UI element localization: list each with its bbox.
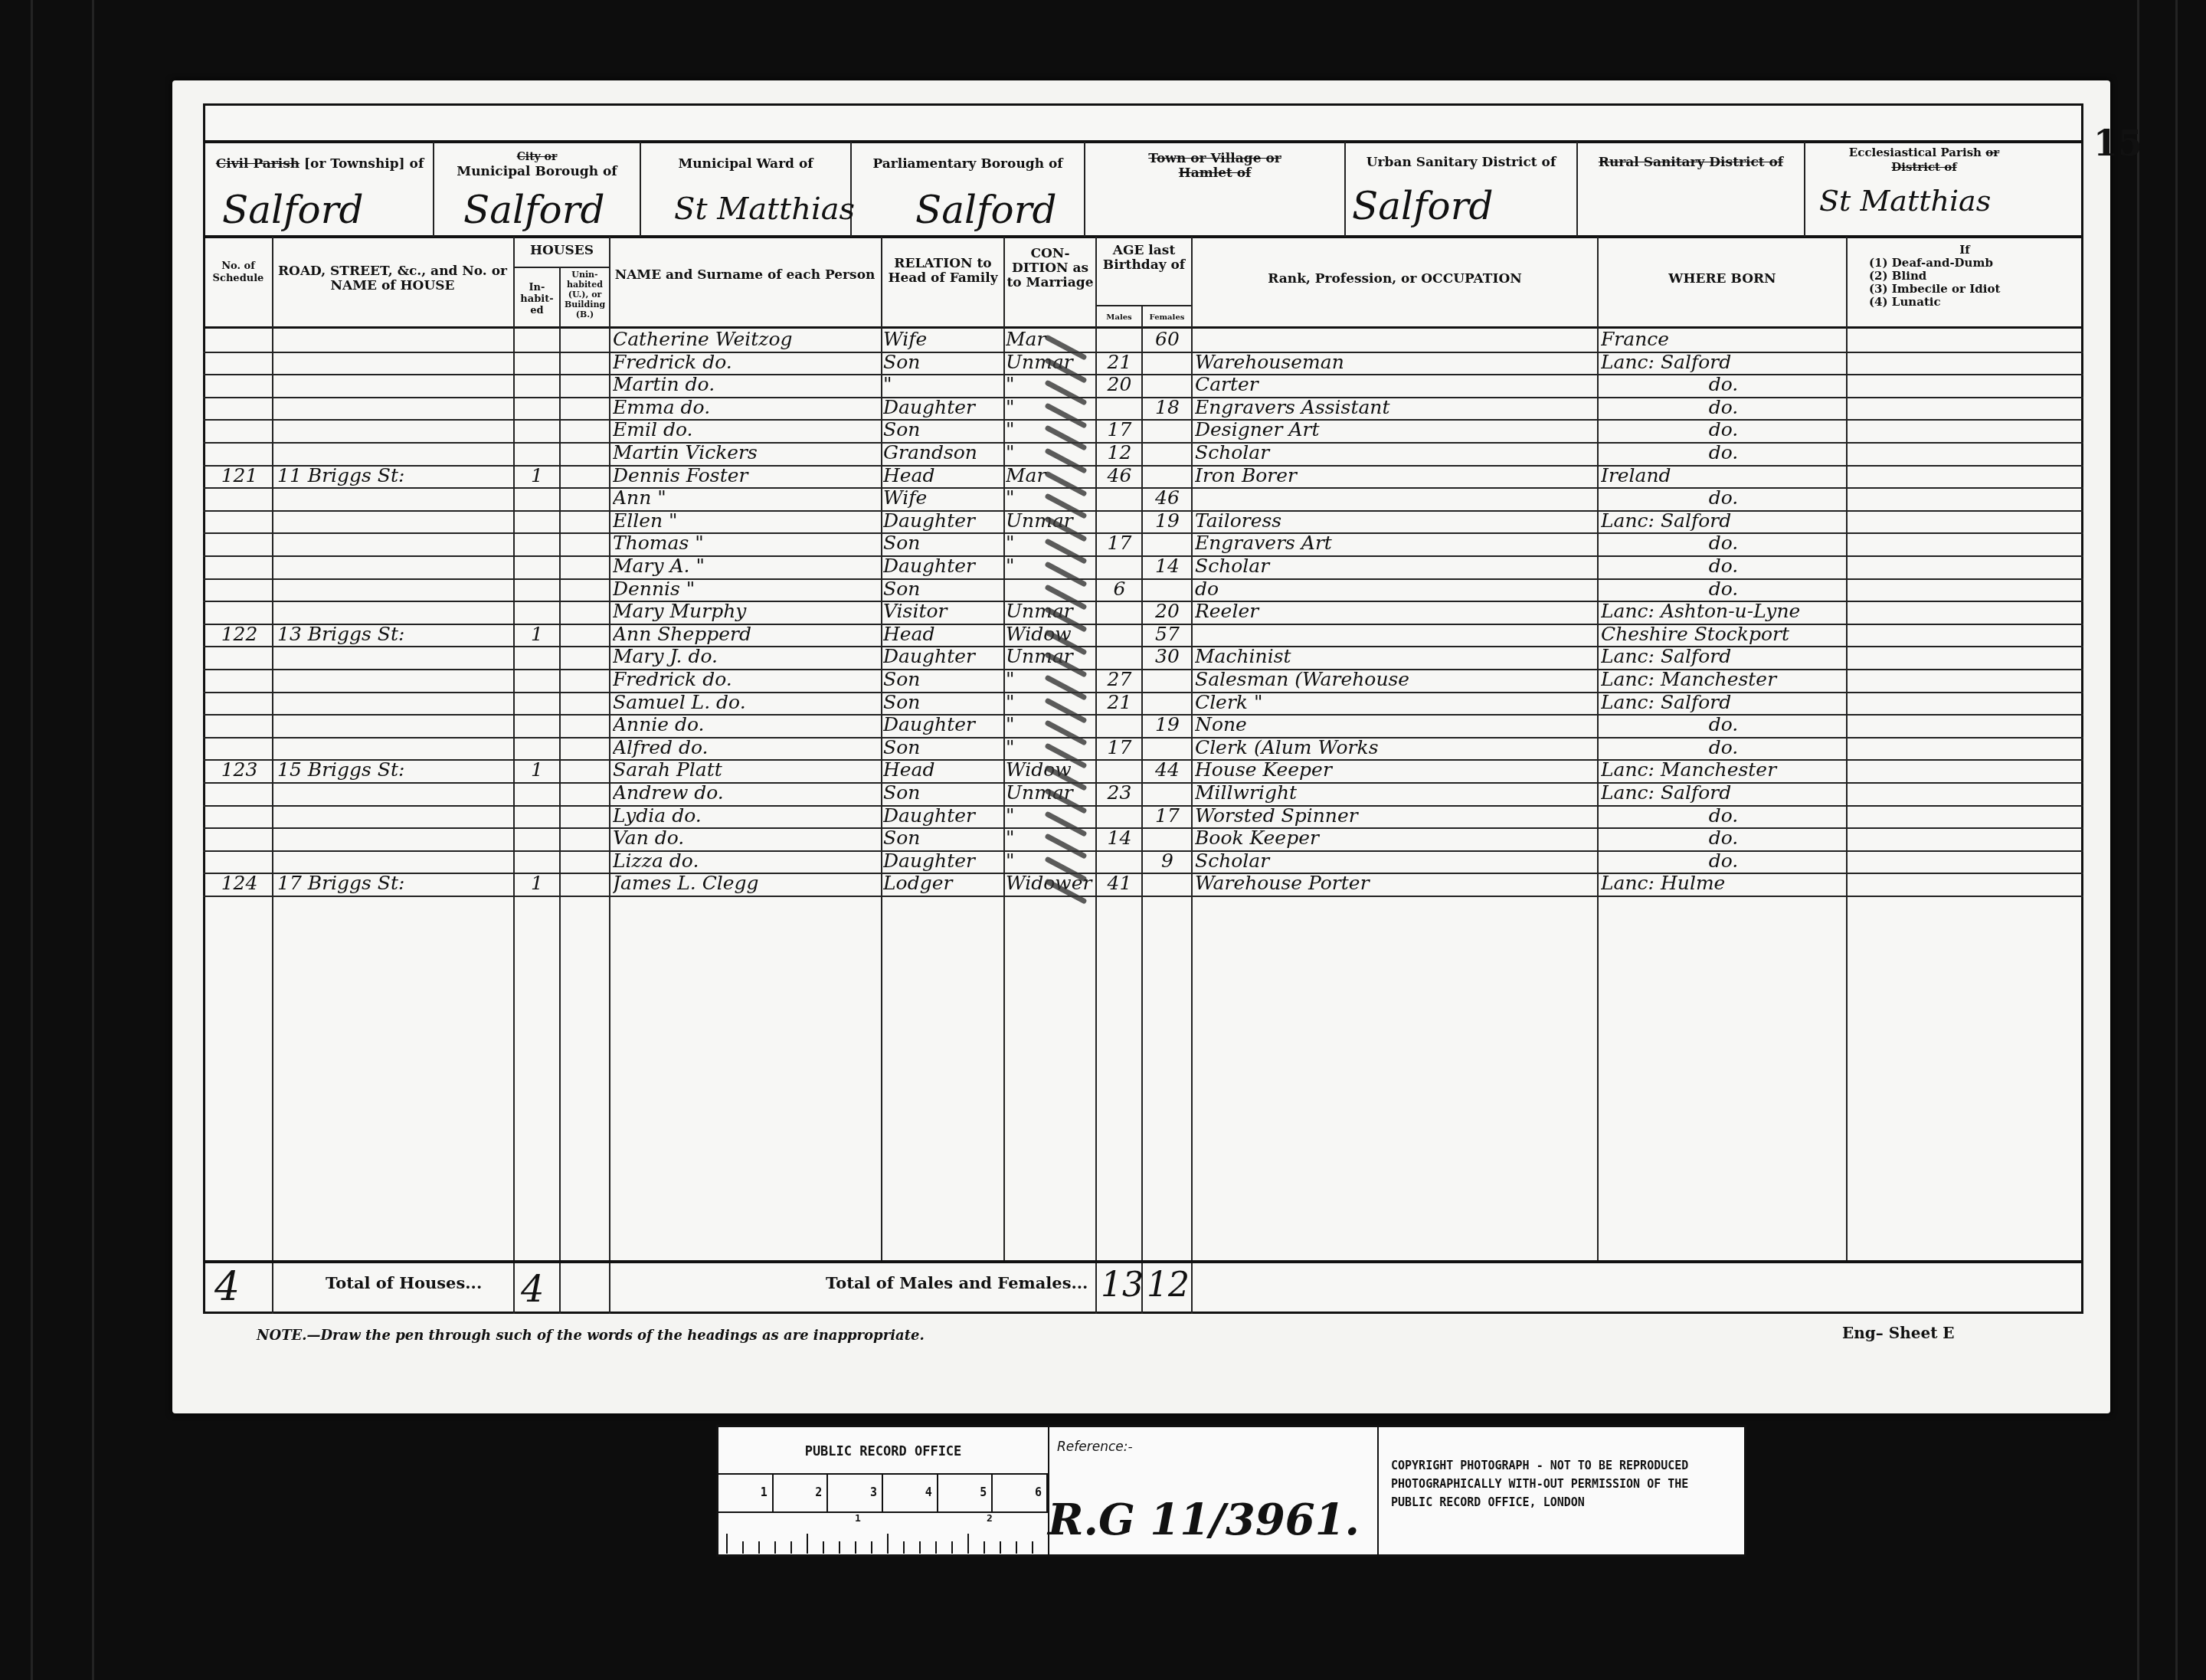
row-female-age: 17	[1144, 804, 1191, 827]
row-female-age: 19	[1144, 509, 1191, 532]
row-relation: Wife	[883, 328, 1003, 350]
row-name: Martin Vickers	[613, 441, 881, 463]
row-name: Fredrick do.	[613, 351, 881, 373]
scale-number: 6	[993, 1475, 1048, 1511]
row-schedule: 124	[207, 872, 272, 894]
film-streak	[2137, 0, 2139, 1680]
footnote: NOTE.—Draw the pen through such of the w…	[257, 1328, 925, 1344]
scale-tick	[935, 1541, 937, 1554]
row-name: Alfred do.	[613, 736, 881, 758]
row-male-age: 12	[1098, 441, 1141, 463]
row-occupation: House Keeper	[1195, 758, 1597, 781]
scale-tick	[1000, 1541, 1001, 1554]
row-where-born: Lanc: Manchester	[1601, 758, 1846, 781]
value-municipal-ward: St Matthias	[674, 192, 855, 227]
rule	[513, 267, 609, 268]
row-male-age: 23	[1098, 781, 1141, 804]
row-occupation: Clerk "	[1195, 691, 1597, 713]
scale-tick	[790, 1541, 792, 1554]
scale-tick	[807, 1534, 808, 1554]
row-inhabited: 1	[515, 872, 559, 894]
pro-scale-panel: PUBLIC RECORD OFFICE 123456 1 2	[718, 1427, 1049, 1554]
row-female-age: 20	[1144, 600, 1191, 622]
row-male-age: 46	[1098, 464, 1141, 486]
scale-tick	[1016, 1541, 1017, 1554]
total-inhabited: 4	[521, 1268, 545, 1311]
row-occupation: Scholar	[1195, 850, 1597, 872]
row-where-born: do.	[1601, 555, 1846, 577]
row-relation: Daughter	[883, 509, 1003, 532]
row-schedule: 123	[207, 758, 272, 781]
row-occupation: Tailoress	[1195, 509, 1597, 532]
scale-number: 3	[828, 1475, 883, 1511]
row-where-born: Lanc: Salford	[1601, 781, 1846, 804]
row-name: Ellen "	[613, 509, 881, 532]
row-occupation: Scholar	[1195, 441, 1597, 463]
row-name: Sarah Platt	[613, 758, 881, 781]
row-where-born: do.	[1601, 486, 1846, 509]
scale-tick	[903, 1541, 905, 1554]
row-occupation: Iron Borer	[1195, 464, 1597, 486]
row-name: Mary A. "	[613, 555, 881, 577]
row-occupation: Book Keeper	[1195, 827, 1597, 849]
pro-scale-top: 123456	[718, 1475, 1048, 1511]
scale-tick	[742, 1541, 744, 1554]
rule	[1846, 237, 1848, 1260]
row-where-born: Lanc: Salford	[1601, 691, 1846, 713]
rule	[203, 1260, 2083, 1263]
col-header-road: ROAD, STREET, &c., and No. or NAME of HO…	[276, 264, 509, 293]
value-parliamentary-borough: Salford	[915, 188, 1057, 232]
row-where-born: do.	[1601, 532, 1846, 554]
total-females: 12	[1147, 1266, 1190, 1305]
row-where-born: Cheshire Stockport	[1601, 623, 1846, 645]
col-header-name: NAME and Surname of each Person	[613, 268, 877, 283]
scale-tick	[984, 1541, 985, 1554]
rule	[1141, 306, 1143, 1314]
row-road: 13 Briggs St:	[277, 623, 511, 645]
pro-reference-value: R.G 11/3961.	[1048, 1495, 1360, 1545]
row-male-age: 21	[1098, 691, 1141, 713]
scale-tick	[871, 1541, 872, 1554]
film-streak	[2175, 0, 2178, 1680]
row-where-born: Lanc: Salford	[1601, 645, 1846, 667]
col-header-occupation: Rank, Profession, or OCCUPATION	[1193, 272, 1597, 287]
col-header-schedule: No. of Schedule	[205, 260, 272, 285]
col-header-uninhabited: Unin-habited (U.), or Building (B.)	[561, 270, 609, 319]
header-urban-sanitary: Urban Sanitary District of	[1346, 156, 1576, 170]
row-relation: Wife	[883, 486, 1003, 509]
row-name: Fredrick do.	[613, 668, 881, 690]
row-occupation: Warehouseman	[1195, 351, 1597, 373]
row-name: Dennis "	[613, 578, 881, 600]
col-header-condition: CON-DITION as to Marriage	[1005, 247, 1095, 290]
value-civil-parish: Salford	[222, 188, 364, 232]
row-road: 11 Briggs St:	[277, 464, 511, 486]
scale-tick	[951, 1541, 953, 1554]
value-urban-sanitary: Salford	[1352, 184, 1494, 228]
row-where-born: do.	[1601, 373, 1846, 395]
row-occupation: Scholar	[1195, 555, 1597, 577]
total-persons-label: Total of Males and Females...	[826, 1273, 1088, 1292]
row-relation: Son	[883, 781, 1003, 804]
row-where-born: do.	[1601, 736, 1846, 758]
rule	[640, 142, 641, 237]
row-relation: Son	[883, 736, 1003, 758]
row-schedule: 121	[207, 464, 272, 486]
pro-scale-bottom-2: 2	[987, 1513, 993, 1524]
scale-tick	[1032, 1541, 1033, 1554]
sheet-label: Eng– Sheet E	[1842, 1324, 1955, 1342]
row-male-age: 17	[1098, 736, 1141, 758]
col-header-males: Males	[1097, 310, 1141, 325]
row-where-born: Lanc: Manchester	[1601, 668, 1846, 690]
row-occupation: None	[1195, 713, 1597, 735]
rule	[1095, 305, 1191, 306]
rule	[881, 237, 882, 1260]
header-municipal-borough: City orMunicipal Borough of	[434, 149, 640, 179]
row-relation: Head	[883, 623, 1003, 645]
row-name: Thomas "	[613, 532, 881, 554]
pro-reference-label: Reference:-	[1057, 1439, 1133, 1455]
rule	[1191, 237, 1193, 1314]
pro-copyright: COPYRIGHT PHOTOGRAPH - NOT TO BE REPRODU…	[1391, 1456, 1728, 1511]
col-header-age: AGE last Birthday of	[1097, 244, 1191, 273]
row-name: Mary Murphy	[613, 600, 881, 622]
row-occupation: Designer Art	[1195, 418, 1597, 440]
row-name: Catherine Weitzog	[613, 328, 881, 350]
row-relation: Lodger	[883, 872, 1003, 894]
row-name: Lizza do.	[613, 850, 881, 872]
row-relation: Head	[883, 464, 1003, 486]
row-name: Annie do.	[613, 713, 881, 735]
total-houses-label: Total of Houses...	[326, 1273, 482, 1292]
row-occupation: Machinist	[1195, 645, 1597, 667]
scale-tick	[887, 1534, 889, 1554]
row-occupation: Millwright	[1195, 781, 1597, 804]
header-ecclesiastical: Ecclesiastical Parish orDistrict of	[1805, 146, 2043, 175]
row-name: Van do.	[613, 827, 881, 849]
rule	[559, 268, 561, 1314]
row-female-age: 19	[1144, 713, 1191, 735]
row-where-born: Ireland	[1601, 464, 1846, 486]
scale-tick	[839, 1541, 840, 1554]
film-streak	[92, 0, 94, 1680]
row-relation: Daughter	[883, 713, 1003, 735]
row-relation: Daughter	[883, 396, 1003, 418]
row-male-age: 21	[1098, 351, 1141, 373]
header-town-village: Town or Village orHamlet of	[1085, 152, 1344, 181]
folio-number: 15	[2093, 123, 2142, 164]
header-parliamentary-borough: Parliamentary Borough of	[852, 157, 1084, 172]
row-relation: Son	[883, 668, 1003, 690]
row-road: 17 Briggs St:	[277, 872, 511, 894]
row-rule	[203, 896, 2083, 897]
row-where-born: do.	[1601, 850, 1846, 872]
row-name: Andrew do.	[613, 781, 881, 804]
row-relation: Son	[883, 578, 1003, 600]
value-ecclesiastical: St Matthias	[1819, 184, 1991, 218]
row-male-age: 14	[1098, 827, 1141, 849]
scale-tick	[758, 1541, 760, 1554]
row-relation: Son	[883, 827, 1003, 849]
row-where-born: do.	[1601, 827, 1846, 849]
row-female-age: 44	[1144, 758, 1191, 781]
row-occupation: Warehouse Porter	[1195, 872, 1597, 894]
col-header-relation: RELATION to Head of Family	[882, 257, 1003, 286]
row-name: Emma do.	[613, 396, 881, 418]
row-name: Mary J. do.	[613, 645, 881, 667]
row-relation: Daughter	[883, 645, 1003, 667]
pro-scale-ticks	[726, 1531, 1048, 1554]
row-relation: Daughter	[883, 555, 1003, 577]
row-where-born: Lanc: Salford	[1601, 509, 1846, 532]
row-road: 15 Briggs St:	[277, 758, 511, 781]
row-where-born: do.	[1601, 804, 1846, 827]
row-relation: Son	[883, 351, 1003, 373]
row-inhabited: 1	[515, 758, 559, 781]
header-municipal-ward: Municipal Ward of	[641, 157, 850, 172]
row-male-age: 6	[1098, 578, 1141, 600]
total-males: 13	[1101, 1266, 1144, 1305]
row-male-age: 20	[1098, 373, 1141, 395]
row-female-age: 9	[1144, 850, 1191, 872]
row-name: James L. Clegg	[613, 872, 881, 894]
row-relation: Daughter	[883, 804, 1003, 827]
row-name: Martin do.	[613, 373, 881, 395]
rule	[272, 237, 273, 1314]
row-where-born: France	[1601, 328, 1846, 350]
row-name: Ann "	[613, 486, 881, 509]
total-houses-count: 4	[214, 1264, 240, 1310]
row-occupation: Engravers Assistant	[1195, 396, 1597, 418]
row-occupation: Engravers Art	[1195, 532, 1597, 554]
row-relation: Daughter	[883, 850, 1003, 872]
row-female-age: 30	[1144, 645, 1191, 667]
row-name: Emil do.	[613, 418, 881, 440]
scale-number: 5	[938, 1475, 993, 1511]
value-municipal-borough: Salford	[463, 188, 605, 232]
rule	[203, 140, 2083, 143]
pro-scale-bottom-1: 1	[855, 1513, 861, 1524]
scale-tick	[855, 1541, 856, 1554]
row-female-age: 14	[1144, 555, 1191, 577]
col-header-females: Females	[1143, 310, 1191, 325]
row-where-born: do.	[1601, 418, 1846, 440]
row-female-age: 60	[1144, 328, 1191, 350]
row-female-age: 18	[1144, 396, 1191, 418]
record-office-label: PUBLIC RECORD OFFICE 123456 1 2 Referenc…	[716, 1425, 1746, 1557]
row-occupation: Salesman (Warehouse	[1195, 668, 1597, 690]
row-name: Ann Shepperd	[613, 623, 881, 645]
row-relation: Grandson	[883, 441, 1003, 463]
row-occupation: Worsted Spinner	[1195, 804, 1597, 827]
row-name: Lydia do.	[613, 804, 881, 827]
row-relation: "	[883, 373, 1003, 395]
row-name: Samuel L. do.	[613, 691, 881, 713]
rule	[1095, 237, 1097, 1314]
col-header-where-born: WHERE BORN	[1599, 272, 1846, 287]
row-where-born: Lanc: Hulme	[1601, 872, 1846, 894]
pro-title: PUBLIC RECORD OFFICE	[718, 1444, 1048, 1459]
row-where-born: do.	[1601, 396, 1846, 418]
row-occupation: do	[1195, 578, 1597, 600]
row-relation: Head	[883, 758, 1003, 781]
col-header-infirmity: If (1) Deaf-and-Dumb(2) Blind(3) Imbecil…	[1869, 244, 2060, 309]
row-where-born: do.	[1601, 441, 1846, 463]
row-name: Dennis Foster	[613, 464, 881, 486]
scale-tick	[967, 1534, 969, 1554]
row-occupation: Reeler	[1195, 600, 1597, 622]
row-relation: Visitor	[883, 600, 1003, 622]
rule	[1003, 237, 1005, 1260]
film-streak	[31, 0, 33, 1680]
scale-tick	[774, 1541, 776, 1554]
rule	[203, 235, 2083, 238]
header-civil-parish: Civil Parish [or Township] of	[207, 157, 433, 172]
row-relation: Son	[883, 418, 1003, 440]
row-schedule: 122	[207, 623, 272, 645]
scale-tick	[823, 1541, 824, 1554]
scale-number: 2	[774, 1475, 829, 1511]
row-where-born: Lanc: Salford	[1601, 351, 1846, 373]
pro-reference-panel: Reference:- R.G 11/3961.	[1048, 1427, 1379, 1554]
row-where-born: do.	[1601, 713, 1846, 735]
row-where-born: Lanc: Ashton-u-Lyne	[1601, 600, 1846, 622]
row-male-age: 17	[1098, 532, 1141, 554]
row-inhabited: 1	[515, 464, 559, 486]
rule	[609, 237, 610, 1314]
row-relation: Son	[883, 691, 1003, 713]
row-male-age: 41	[1098, 872, 1141, 894]
row-relation: Son	[883, 532, 1003, 554]
scale-tick	[726, 1534, 728, 1554]
row-occupation: Clerk (Alum Works	[1195, 736, 1597, 758]
row-female-age: 46	[1144, 486, 1191, 509]
row-female-age: 57	[1144, 623, 1191, 645]
row-male-age: 17	[1098, 418, 1141, 440]
col-header-inhabited: In-habit-ed	[515, 282, 559, 316]
row-where-born: do.	[1601, 578, 1846, 600]
row-male-age: 27	[1098, 668, 1141, 690]
scale-number: 1	[718, 1475, 774, 1511]
col-header-houses: HOUSES	[515, 244, 609, 258]
scale-number: 4	[883, 1475, 938, 1511]
scale-tick	[919, 1541, 921, 1554]
row-inhabited: 1	[515, 623, 559, 645]
header-rural-sanitary: Rural Sanitary District of	[1578, 156, 1804, 170]
row-occupation: Carter	[1195, 373, 1597, 395]
rule	[1597, 237, 1599, 1260]
